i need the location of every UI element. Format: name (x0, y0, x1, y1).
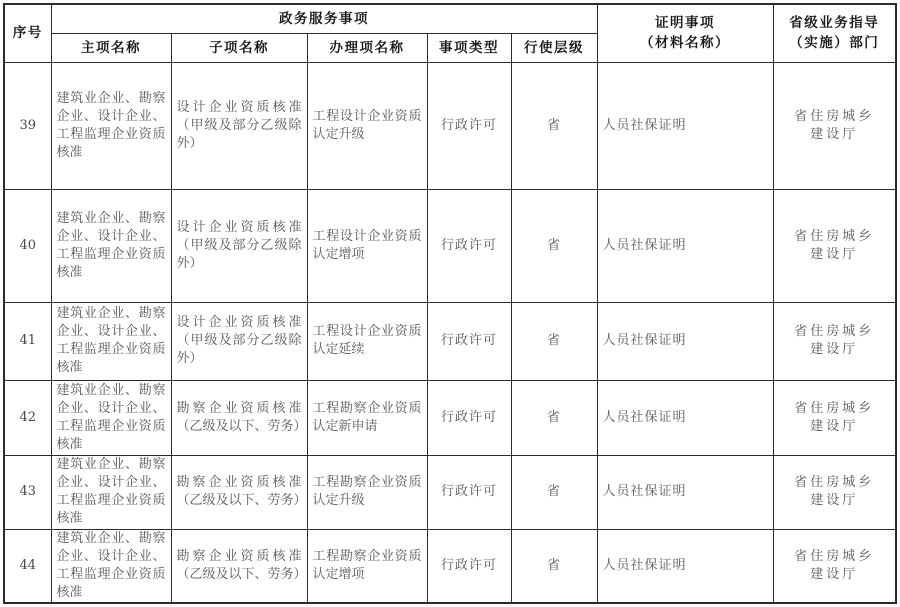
cell-serial: 41 (4, 302, 51, 380)
cell-handling-item: 工程勘察企业资质认定增项 (307, 529, 427, 603)
table-row-44: 44 建筑业企业、勘察企业、设计企业、工程监理企业资质核准 勘察企业资质核准（乙… (4, 529, 896, 603)
cell-sub-item: 设计企业资质核准（甲级及部分乙级除外） (171, 62, 307, 189)
cell-sub-item: 勘察企业资质核准（乙级及以下、劳务） (171, 380, 307, 455)
table-row-40: 40 建筑业企业、勘察企业、设计企业、工程监理企业资质核准 设计企业资质核准（甲… (4, 189, 896, 302)
cell-dept: 省住房城乡 建设厅 (773, 62, 896, 189)
cell-level: 省 (511, 380, 597, 455)
cell-sub-item: 设计企业资质核准（甲级及部分乙级除外） (171, 302, 307, 380)
cell-main-item: 建筑业企业、勘察企业、设计企业、工程监理企业资质核准 (51, 62, 171, 189)
cell-handling-item: 工程勘察企业资质认定新申请 (307, 380, 427, 455)
cell-dept: 省住房城乡 建设厅 (773, 455, 896, 529)
table-row-42: 42 建筑业企业、勘察企业、设计企业、工程监理企业资质核准 勘察企业资质核准（乙… (4, 380, 896, 455)
cell-sub-item: 勘察企业资质核准（乙级及以下、劳务） (171, 529, 307, 603)
cell-main-item: 建筑业企业、勘察企业、设计企业、工程监理企业资质核准 (51, 455, 171, 529)
cell-handling-item: 工程设计企业资质认定增项 (307, 189, 427, 302)
cell-cert-material: 人员社保证明 (597, 380, 773, 455)
cell-main-item: 建筑业企业、勘察企业、设计企业、工程监理企业资质核准 (51, 189, 171, 302)
header-cert-material: 证明事项 （材料名称） (597, 4, 773, 62)
cell-dept: 省住房城乡 建设厅 (773, 529, 896, 603)
service-items-table: 序号 政务服务事项 证明事项 （材料名称） 省级业务指导 （实施）部门 主项名称… (3, 3, 897, 604)
cell-cert-material: 人员社保证明 (597, 455, 773, 529)
table-row-43: 43 建筑业企业、勘察企业、设计企业、工程监理企业资质核准 勘察企业资质核准（乙… (4, 455, 896, 529)
cell-item-type: 行政许可 (427, 62, 511, 189)
header-item-type: 事项类型 (427, 33, 511, 62)
cell-serial: 42 (4, 380, 51, 455)
cell-item-type: 行政许可 (427, 380, 511, 455)
cell-level: 省 (511, 455, 597, 529)
header-sub-item: 子项名称 (171, 33, 307, 62)
cell-serial: 43 (4, 455, 51, 529)
cell-cert-material: 人员社保证明 (597, 529, 773, 603)
cell-main-item: 建筑业企业、勘察企业、设计企业、工程监理企业资质核准 (51, 380, 171, 455)
cell-sub-item: 勘察企业资质核准（乙级及以下、劳务） (171, 455, 307, 529)
header-provincial-dept: 省级业务指导 （实施）部门 (773, 4, 896, 62)
cell-serial: 39 (4, 62, 51, 189)
table-row-39: 39 建筑业企业、勘察企业、设计企业、工程监理企业资质核准 设计企业资质核准（甲… (4, 62, 896, 189)
cell-dept: 省住房城乡 建设厅 (773, 380, 896, 455)
header-handling-item: 办理项名称 (307, 33, 427, 62)
cell-level: 省 (511, 189, 597, 302)
cell-cert-material: 人员社保证明 (597, 189, 773, 302)
cell-sub-item: 设计企业资质核准（甲级及部分乙级除外） (171, 189, 307, 302)
header-main-item: 主项名称 (51, 33, 171, 62)
table-row-41: 41 建筑业企业、勘察企业、设计企业、工程监理企业资质核准 设计企业资质核准（甲… (4, 302, 896, 380)
cell-handling-item: 工程勘察企业资质认定升级 (307, 455, 427, 529)
cell-item-type: 行政许可 (427, 302, 511, 380)
cell-cert-material: 人员社保证明 (597, 62, 773, 189)
cell-level: 省 (511, 302, 597, 380)
cell-item-type: 行政许可 (427, 455, 511, 529)
cell-main-item: 建筑业企业、勘察企业、设计企业、工程监理企业资质核准 (51, 529, 171, 603)
cell-handling-item: 工程设计企业资质认定升级 (307, 62, 427, 189)
cell-serial: 40 (4, 189, 51, 302)
cell-item-type: 行政许可 (427, 189, 511, 302)
cell-item-type: 行政许可 (427, 529, 511, 603)
header-row-1: 序号 政务服务事项 证明事项 （材料名称） 省级业务指导 （实施）部门 (4, 4, 896, 33)
header-exercise-level: 行使层级 (511, 33, 597, 62)
page: 序号 政务服务事项 证明事项 （材料名称） 省级业务指导 （实施）部门 主项名称… (0, 0, 900, 607)
cell-level: 省 (511, 62, 597, 189)
cell-handling-item: 工程设计企业资质认定延续 (307, 302, 427, 380)
header-serial: 序号 (4, 4, 51, 62)
header-group-gov-services: 政务服务事项 (51, 4, 597, 33)
cell-level: 省 (511, 529, 597, 603)
cell-dept: 省住房城乡 建设厅 (773, 302, 896, 380)
cell-main-item: 建筑业企业、勘察企业、设计企业、工程监理企业资质核准 (51, 302, 171, 380)
cell-serial: 44 (4, 529, 51, 603)
cell-cert-material: 人员社保证明 (597, 302, 773, 380)
cell-dept: 省住房城乡 建设厅 (773, 189, 896, 302)
